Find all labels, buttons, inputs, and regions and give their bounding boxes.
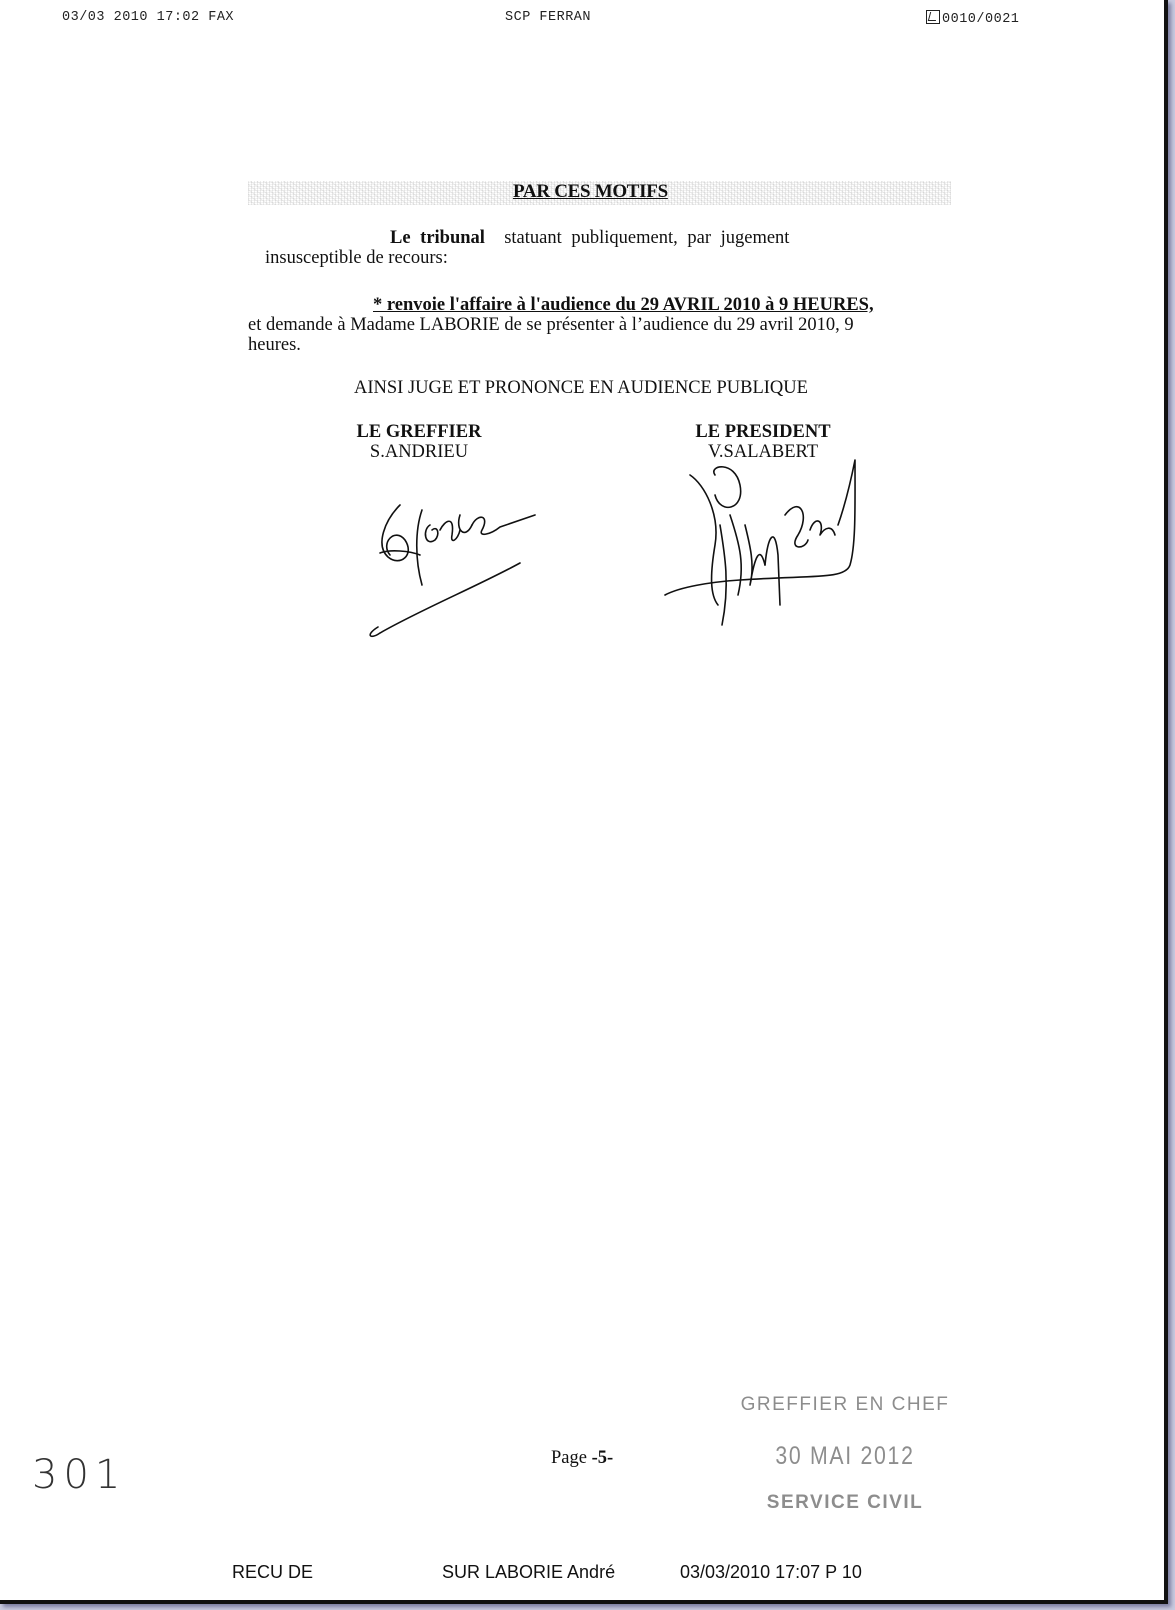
tribunal-lead: Le tribunal [390,228,485,248]
signature-president [660,455,870,635]
handwritten-number: 301 [32,1452,126,1498]
fax-page-counter-text: 0010/0021 [942,12,1019,27]
fax-sender: SCP FERRAN [505,10,591,25]
fax-page-counter: 0010/0021 [926,10,1019,27]
fax-footer-recipient: SUR LABORIE André [442,1562,615,1583]
paragraph-tribunal-line2: insusceptible de recours: [265,248,448,268]
page-number: Page -5- [551,1448,613,1468]
tribunal-rest: statuant publiquement, par jugement [504,228,789,248]
page-label: Page [551,1448,587,1468]
fax-datetime: 03/03 2010 17:02 FAX [62,10,234,25]
decision-line3: heures. [248,335,301,355]
signatory-greffier: LE GREFFIER S.ANDRIEU [349,422,489,462]
signatory-role: LE GREFFIER [349,422,489,442]
stamp-line3: SERVICE CIVIL [735,1492,955,1514]
fax-footer-datetime: 03/03/2010 17:07 P 10 [680,1562,862,1583]
decision-line2: et demande à Madame LABORIE de se présen… [248,315,854,335]
section-title: PAR CES MOTIFS [509,181,672,203]
fax-page-icon [926,10,940,24]
fax-footer-received: RECU DE [232,1562,313,1583]
stamp-date: 30 MAI 2012 [752,1442,939,1471]
paragraph-tribunal-line1: Le tribunal statuant publiquement, par j… [390,228,789,248]
document-page: 03/03 2010 17:02 FAX SCP FERRAN 0010/002… [0,0,1168,1604]
decision-line1: * renvoie l'affaire à l'audience du 29 A… [373,295,874,315]
page-number-value: -5- [592,1448,614,1468]
stamp-line1: GREFFIER EN CHEF [735,1394,955,1416]
closing-statement: AINSI JUGE ET PRONONCE EN AUDIENCE PUBLI… [354,378,808,398]
signatory-name: S.ANDRIEU [349,442,489,462]
signature-greffier [360,485,560,645]
signatory-role: LE PRESIDENT [683,422,843,442]
